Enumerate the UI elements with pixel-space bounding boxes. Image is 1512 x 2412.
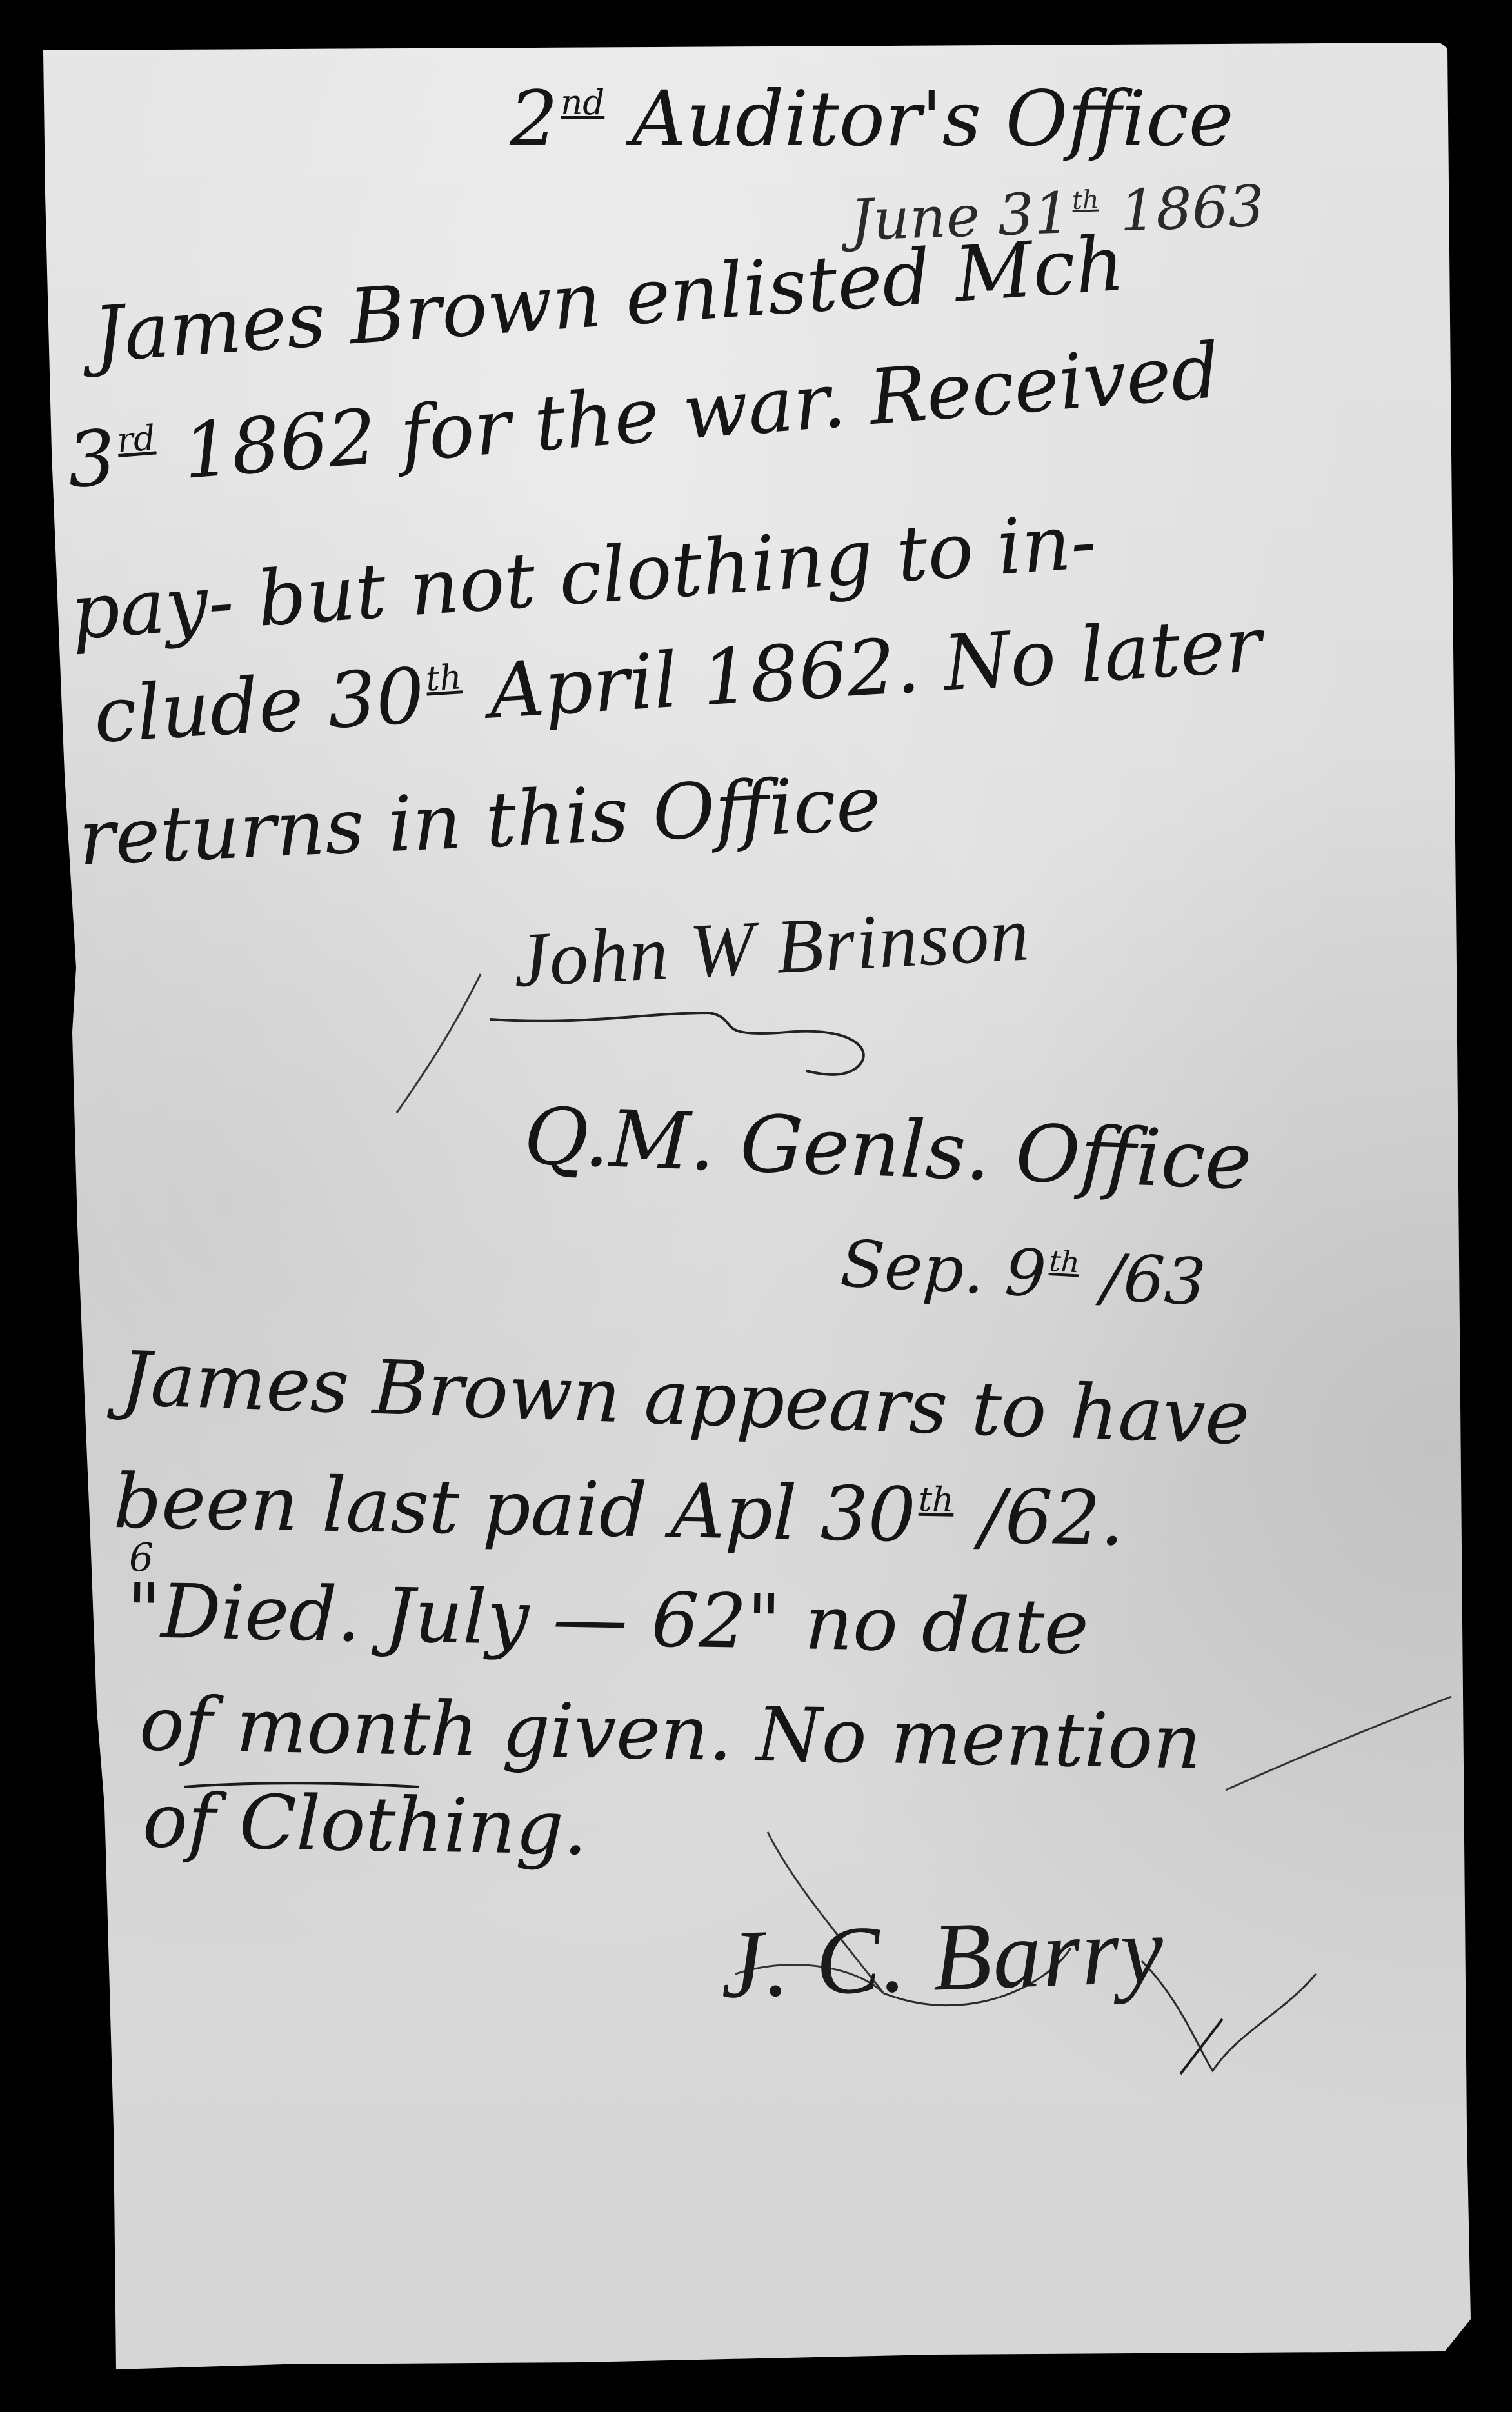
line2-year: /62.	[979, 1473, 1125, 1562]
entry2-line-5: of Clothing.	[142, 1777, 588, 1872]
line2-text: been last paid Apl 30	[113, 1458, 917, 1559]
entry2-line-4: of month given. No mention	[139, 1680, 1202, 1786]
entry2-line-2: been last paid Apl 30th /62.	[113, 1458, 1125, 1562]
line2-suffix: th	[919, 1480, 955, 1520]
date-day-suffix: th	[1048, 1244, 1080, 1279]
entry2-line-3: "Died. July — 62" no date	[126, 1568, 1089, 1671]
signature-j-c-barry: J. C. Barry	[719, 1894, 1166, 2020]
signature-flourish	[0, 0, 1512, 2412]
date-year: /63	[1100, 1239, 1208, 1320]
date-month: Sep.	[839, 1226, 986, 1309]
date-day: 9	[1003, 1235, 1048, 1312]
